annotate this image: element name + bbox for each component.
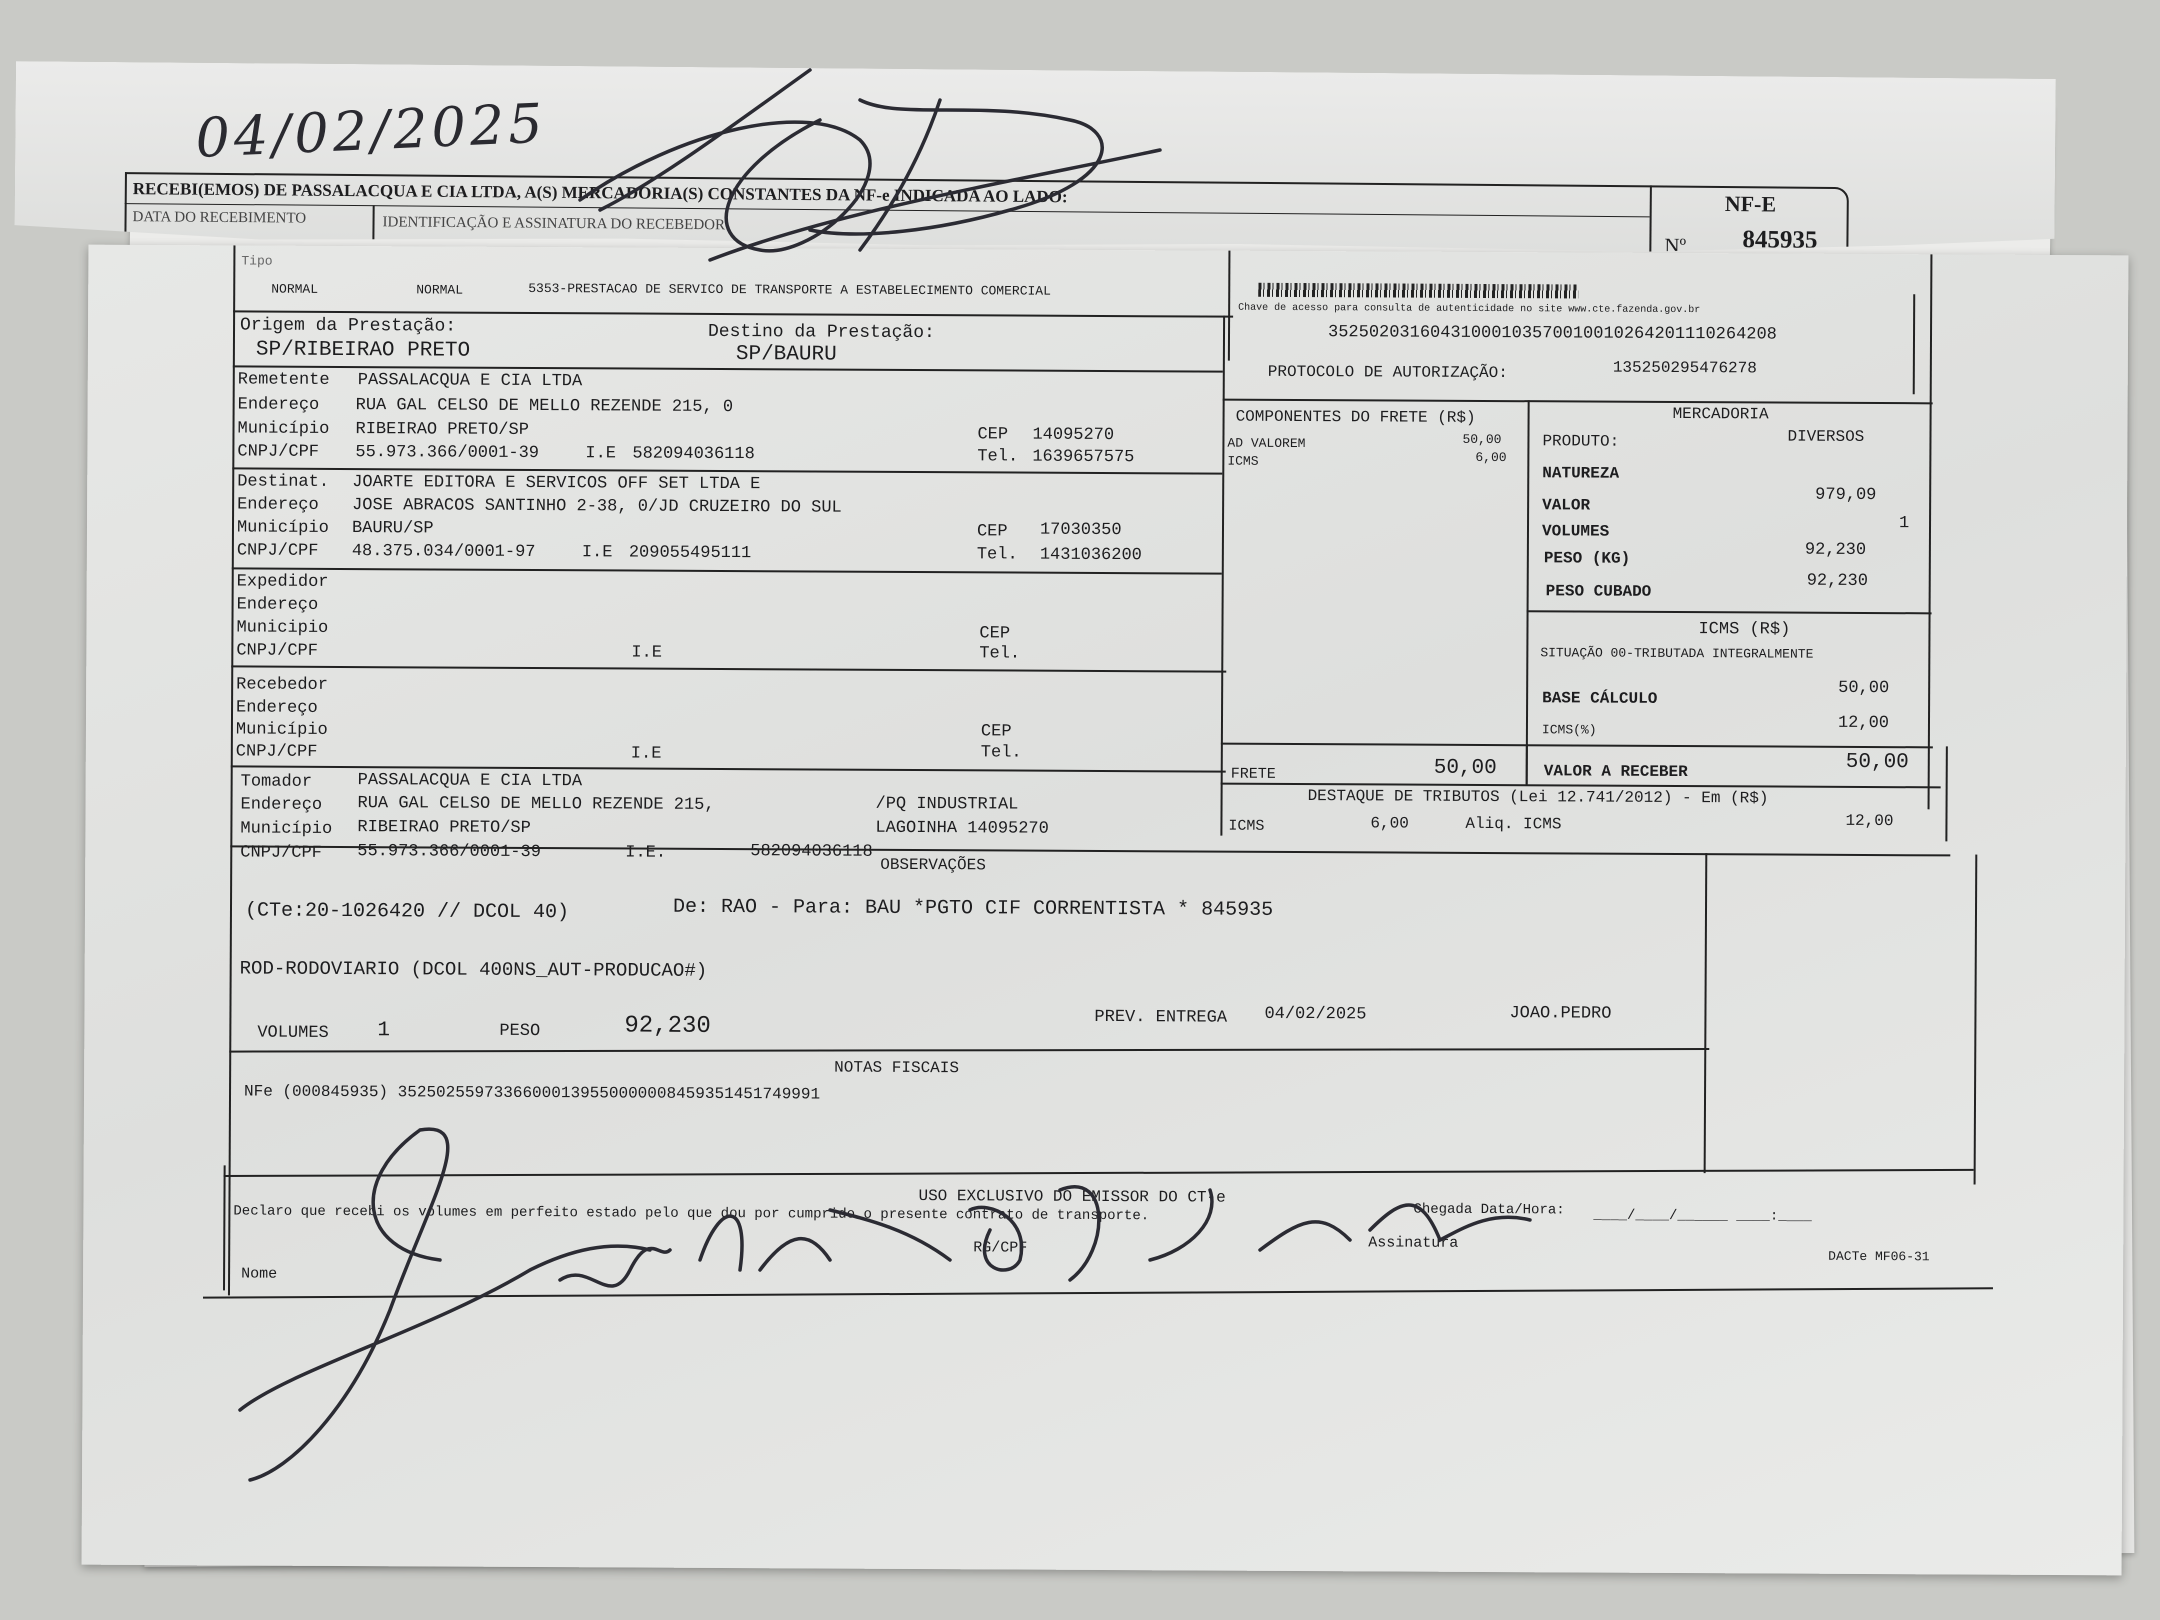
recebedor-label: Recebedor (236, 675, 328, 694)
remetente-label: Remetente (238, 370, 330, 389)
destinatario-cnpj: 48.375.034/0001-97 (352, 542, 536, 562)
barcode (1258, 283, 1578, 299)
peso-label: PESO (KG) (1544, 549, 1631, 567)
tomador-ie: 582094036118 (750, 842, 873, 862)
destaque-aliq-value: 12,00 (1845, 812, 1893, 830)
valor-receber-label: VALOR A RECEBER (1544, 762, 1688, 781)
remetente-municipio: RIBEIRAO PRETO/SP (355, 420, 529, 440)
municipio-label: Município (236, 720, 328, 739)
ie-label: I.E. (625, 843, 666, 862)
rg-cpf-field[interactable]: RG/CPF (973, 1234, 1333, 1266)
destinatario-label: Destinat. (237, 472, 329, 491)
componente-value: 6,00 (1475, 450, 1506, 465)
assinatura-field[interactable]: Assinatura (1368, 1229, 1848, 1262)
tel-label: Tel. (977, 447, 1018, 466)
icms-situacao: SITUAÇÃO 00-TRIBUTADA INTEGRALMENTE (1540, 645, 1813, 661)
produto-label: PRODUTO: (1542, 432, 1619, 450)
tipo-label: Tipo (241, 253, 272, 268)
prev-entrega-label: PREV. ENTREGA (1094, 1008, 1227, 1028)
tipo-servico: NORMAL (416, 282, 463, 297)
destinatario-nome: JOARTE EDITORA E SERVICOS OFF SET LTDA E (352, 473, 760, 494)
prev-entrega-value: 04/02/2025 (1264, 1005, 1366, 1025)
nfe-title: NF-E (1725, 191, 1777, 217)
operador: JOAO.PEDRO (1509, 1004, 1611, 1024)
volumes-label: VOLUMES (1542, 522, 1609, 540)
destinatario-cep: 17030350 (1040, 521, 1122, 540)
valor-value: 979,09 (1815, 486, 1876, 505)
ie-label: I.E (582, 543, 613, 562)
declaracao: Declaro que recebi os volumes em perfeit… (233, 1203, 1149, 1224)
volumes-value: 1 (1899, 514, 1909, 533)
municipio-label: Municipio (236, 618, 328, 637)
notas-fiscais-title: NOTAS FISCAIS (834, 1059, 959, 1078)
chegada-data-hora-field[interactable]: ____/____/______ ____:____ (1593, 1208, 1963, 1226)
observacoes-modal: ROD-RODOVIARIO (DCOL 400NS_AUT-PRODUCAO#… (240, 957, 708, 981)
icms-title: ICMS (R$) (1698, 620, 1790, 639)
destino-label: Destino da Prestação: (708, 322, 935, 343)
chegada-blank: ____/____/______ ____:____ (1593, 1208, 1812, 1225)
observacoes-cte: (CTe:20-1026420 // DCOL 40) (245, 899, 569, 924)
peso-cubado-value: 92,230 (1807, 572, 1868, 591)
observacoes-title: OBSERVAÇÕES (880, 856, 986, 875)
data-recebimento-label: DATA DO RECEBIMENTO (132, 209, 306, 228)
endereco-label: Endereço (236, 698, 318, 717)
base-calculo-value: 50,00 (1838, 679, 1889, 698)
form-code: DACTe MF06-31 (1828, 1249, 1929, 1265)
observacoes-rota: De: RAO - Para: BAU *PGTO CIF CORRENTIST… (673, 896, 1273, 922)
cfop: 5353-PRESTACAO DE SERVICO DE TRANSPORTE … (528, 281, 1051, 299)
componentes-title: COMPONENTES DO FRETE (R$) (1236, 408, 1476, 427)
obs-volumes-label: VOLUMES (257, 1024, 329, 1043)
componente-value: 50,00 (1462, 432, 1501, 447)
remetente-endereco: RUA GAL CELSO DE MELLO REZENDE 215, 0 (356, 396, 734, 417)
remetente-cep: 14095270 (1032, 426, 1114, 445)
icms-aliquota-label: ICMS(%) (1542, 722, 1597, 737)
endereco-label: Endereço (240, 795, 322, 814)
tomador-endereco: RUA GAL CELSO DE MELLO REZENDE 215, (357, 794, 714, 815)
chegada-label: Chegada Data/Hora: (1413, 1202, 1564, 1219)
peso-cubado-label: PESO CUBADO (1546, 582, 1652, 601)
destaque-icms-value: 6,00 (1370, 814, 1409, 832)
destinatario-municipio: BAURU/SP (352, 519, 434, 538)
endereco-label: Endereço (237, 495, 319, 514)
expedidor-label: Expedidor (237, 572, 329, 591)
chave-acesso: 3525020316043100010357001001026420111026… (1328, 323, 1777, 344)
municipio-label: Município (237, 419, 329, 438)
destinatario-tel: 1431036200 (1040, 546, 1142, 566)
tel-label: Tel. (977, 545, 1018, 564)
frete-label: FRETE (1231, 766, 1276, 783)
nome-field[interactable]: Nome (233, 1260, 833, 1293)
destaque-aliq-label: Aliq. ICMS (1465, 815, 1561, 834)
componente-label: ICMS (1227, 454, 1258, 469)
destino-value: SP/BAURU (736, 343, 837, 367)
natureza-label: NATUREZA (1542, 464, 1619, 482)
icms-aliquota-value: 12,00 (1838, 714, 1889, 733)
tomador-municipio: RIBEIRAO PRETO/SP (357, 818, 531, 838)
cep-label: CEP (981, 722, 1012, 741)
dacte-document: Tipo NORMAL NORMAL 5353-PRESTACAO DE SER… (82, 245, 2129, 1576)
base-calculo-label: BASE CÁLCULO (1542, 689, 1657, 708)
tomador-nome: PASSALACQUA E CIA LTDA (358, 771, 583, 791)
ie-label: I.E (631, 644, 662, 663)
obs-peso-value: 92,230 (624, 1012, 711, 1039)
peso-value: 92,230 (1805, 541, 1866, 560)
cnpj-label: CNPJ/CPF (237, 541, 319, 560)
destaque-title: DESTAQUE DE TRIBUTOS (Lei 12.741/2012) -… (1308, 787, 1769, 807)
remetente-cnpj: 55.973.366/0001-39 (355, 443, 539, 463)
protocolo-label: PROTOCOLO DE AUTORIZAÇÃO: (1268, 363, 1508, 382)
origem-value: SP/RIBEIRAO PRETO (256, 339, 470, 363)
identificacao-label: IDENTIFICAÇÃO E ASSINATURA DO RECEBEDOR (382, 214, 725, 234)
destinatario-endereco: JOSE ABRACOS SANTINHO 2-38, 0/JD CRUZEIR… (352, 496, 842, 518)
destinatario-ie: 209055495111 (629, 544, 752, 564)
cep-label: CEP (977, 425, 1008, 444)
tipo-cte: NORMAL (271, 282, 318, 297)
tomador-label: Tomador (241, 772, 313, 791)
municipio-label: Município (237, 518, 329, 537)
valor-receber-value: 50,00 (1846, 751, 1909, 774)
nome-label: Nome (241, 1265, 277, 1282)
remetente-nome: PASSALACQUA E CIA LTDA (358, 371, 583, 391)
cnpj-label: CNPJ/CPF (236, 641, 318, 660)
cep-label: CEP (979, 624, 1010, 643)
rg-cpf-label: RG/CPF (973, 1239, 1027, 1256)
endereco-label: Endereço (238, 395, 320, 414)
uso-exclusivo-title: USO EXCLUSIVO DO EMISSOR DO CT-e (918, 1187, 1225, 1207)
componente-label: AD VALOREM (1227, 436, 1305, 451)
tomador-bairro: /PQ INDUSTRIAL (876, 795, 1019, 815)
obs-peso-label: PESO (499, 1022, 540, 1041)
cep-label: CEP (977, 522, 1008, 541)
produto-value: DIVERSOS (1787, 428, 1864, 446)
tel-label: Tel. (981, 743, 1022, 762)
frete-value: 50,00 (1434, 757, 1497, 780)
endereco-label: Endereço (237, 595, 319, 614)
origem-label: Origem da Prestação: (240, 315, 456, 336)
ie-label: I.E (631, 745, 662, 764)
valor-label: VALOR (1542, 496, 1590, 514)
remetente-tel: 1639657575 (1032, 448, 1134, 468)
cnpj-label: CNPJ/CPF (237, 442, 319, 461)
obs-volumes-value: 1 (377, 1019, 390, 1042)
ie-label: I.E (585, 444, 616, 463)
municipio-label: Município (240, 819, 332, 838)
notas-fiscais-line: NFe (000845935) 352502559733660001395500… (244, 1082, 820, 1103)
tel-label: Tel. (979, 644, 1020, 663)
mercadoria-title: MERCADORIA (1673, 405, 1769, 424)
cnpj-label: CNPJ/CPF (236, 742, 318, 761)
chave-label: Chave de acesso para consulta de autenti… (1238, 303, 1700, 316)
tomador-cidade-cep: LAGOINHA 14095270 (875, 819, 1049, 839)
destaque-icms-label: ICMS (1228, 818, 1264, 835)
protocolo: 135250295476278 (1613, 359, 1757, 378)
remetente-ie: 582094036118 (632, 445, 755, 465)
handwritten-date: 04/02/2025 (194, 92, 548, 170)
assinatura-label: Assinatura (1368, 1234, 1458, 1251)
tomador-cnpj: 55.973.366/0001-39 (357, 842, 541, 862)
